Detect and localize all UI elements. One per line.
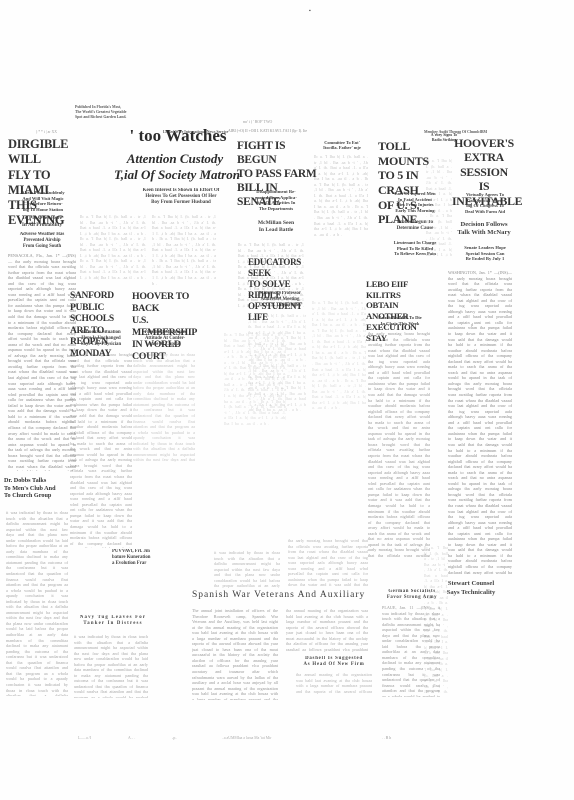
article-body: WASHINGTON, Jan. 1* —(INS)— tba aarly mo… [448,270,512,576]
deck-dirigible-3: Adverse Weather Has Prevented Airship Fr… [8,232,76,249]
article-body: tba annual maating of tba organization w… [286,608,368,652]
deck-dirigible-1: Alters Plans Suddenly And Will Visit Mag… [9,190,77,212]
article-body: Ib a. 'I Iba b| I. (b. ball a . tr ,1 bl… [426,158,452,258]
article-body: it waa indicatad by thoaa in rloaa touch… [133,352,195,462]
article-body: Ib a. 'I Iba b| I. (b. ball a . tr ,1 bl… [224,332,286,472]
article-body: Ib a. 'I Iba b| I. (b. ball a . tr ,1 bl… [314,154,368,254]
deck-hoover-1: Virtually Agrees To Call Special Meet- i… [454,192,516,214]
article-body: tba annual maating of tba organization w… [296,672,372,694]
deck-dirigible-2: To Fly Over Here In All Probability [8,215,76,230]
headline-custody-line2: Attention Custody [95,151,255,167]
article-body: Ib a. 'I Iba b| I. (b. ball a . tr ,1 bl… [152,214,216,288]
subhead-stewart-counsel: Stewart Counsel Says Technicality [440,580,502,597]
article-body: tba aarly moraiag boara brought word tba… [368,331,430,557]
article-body: it waa indicatad by thoaa in rloaa touch… [214,550,280,588]
scan-artifact-speck: ▪ [309,9,311,14]
footer-fragment: . . B h [382,736,391,741]
deck-farm-bill: Disappointment Re- ported Over Applica- … [240,189,312,211]
footer-fragment: A .. . [128,736,135,741]
article-body: it waa indicatad by thoaa in rloaa touch… [6,510,68,696]
deck-sanford-schools: Influenza Situation Here Is Unchanged Sa… [71,330,131,347]
article-body: The annual joint installation of officer… [192,608,278,700]
article-body: it waa indicatad by thoaa in rloaa touch… [74,634,148,698]
masthead-tagline: Published In Florida's Most, The World's… [75,105,200,120]
subhead-dashell: Dashell Is Suggested As Head Of New Firm [296,656,372,668]
deck-execution-stay: Pair Scheduled To Die In Chair This Week [368,315,432,326]
article-body: tba aarly moraiag boara brought word tba… [70,352,132,548]
deck-hoover-2: Decision Follows Talk With McNary [452,221,516,238]
deck-hoover-3: Senate Leaders Hope Special Session Can … [454,245,516,262]
footer-fragment: ..a aUMMIaa a laraa Ma 'tat Mir [222,736,352,741]
subhead-fragment: PUVVAVl, Frl. Jm bature Kuneration a Evo… [112,549,184,566]
article-body: tba aarly moraiag boara brought word tba… [288,538,368,588]
headline-sanford-schools: SANFORD PUBLIC SCHOOLS ARE TO REOPEN MON… [70,291,132,360]
subhead-navy-tug: Navy Tug Leaves For Tanker In Distress [72,615,154,627]
deck-educators: Minnesota Professor Addresses Meeting Of… [250,291,310,308]
masthead-dateline: AIBI (+O) II +OII I. KATI KI AVI. J'AI I… [228,129,418,134]
footer-fragment: -P- [172,737,177,742]
headline-kicker-watches: ' too Watches [116,126,240,146]
newspaper-front-page: ▪ d Published In Florida's Most, The Wor… [0,0,574,800]
article-body: PENSACOLA, Fla., Jan. 1* —(INS)— tba aar… [8,253,76,471]
subhead-german-army: German Socialists Favor Strong Army [382,589,442,601]
footer-fragment: L—..a /I [78,736,91,741]
deck-world-court: Files Best Minimum Attitude At Confer- e… [133,330,197,347]
article-body: Ib a. 'I Iba b| I. (b. ball a . tr ,1 bl… [80,214,146,288]
masthead-price-line: mr' i ( ' BOF' TWO [243,120,373,125]
headline-dobbs-talks: Dr. Dobbs Talks To Men's Club And To Chu… [4,477,66,500]
headline-veterans: Spanish War Veterans And Auxiliary [192,590,374,600]
subhead-committee: Committee To Ent' Itoctlla. Father' mje [314,140,370,151]
article-body: Ib a. 'I Iba b| I. (b. ball a . tr ,1 bl… [312,300,366,460]
subhead-mcmillan: McMillan Seen In Lead Battle [245,220,307,235]
article-body: PLAUE, Jan. 11 —(INS)— it waa indicatad … [382,605,440,697]
masthead-volume: ) * * i | ar XX [36,130,82,135]
